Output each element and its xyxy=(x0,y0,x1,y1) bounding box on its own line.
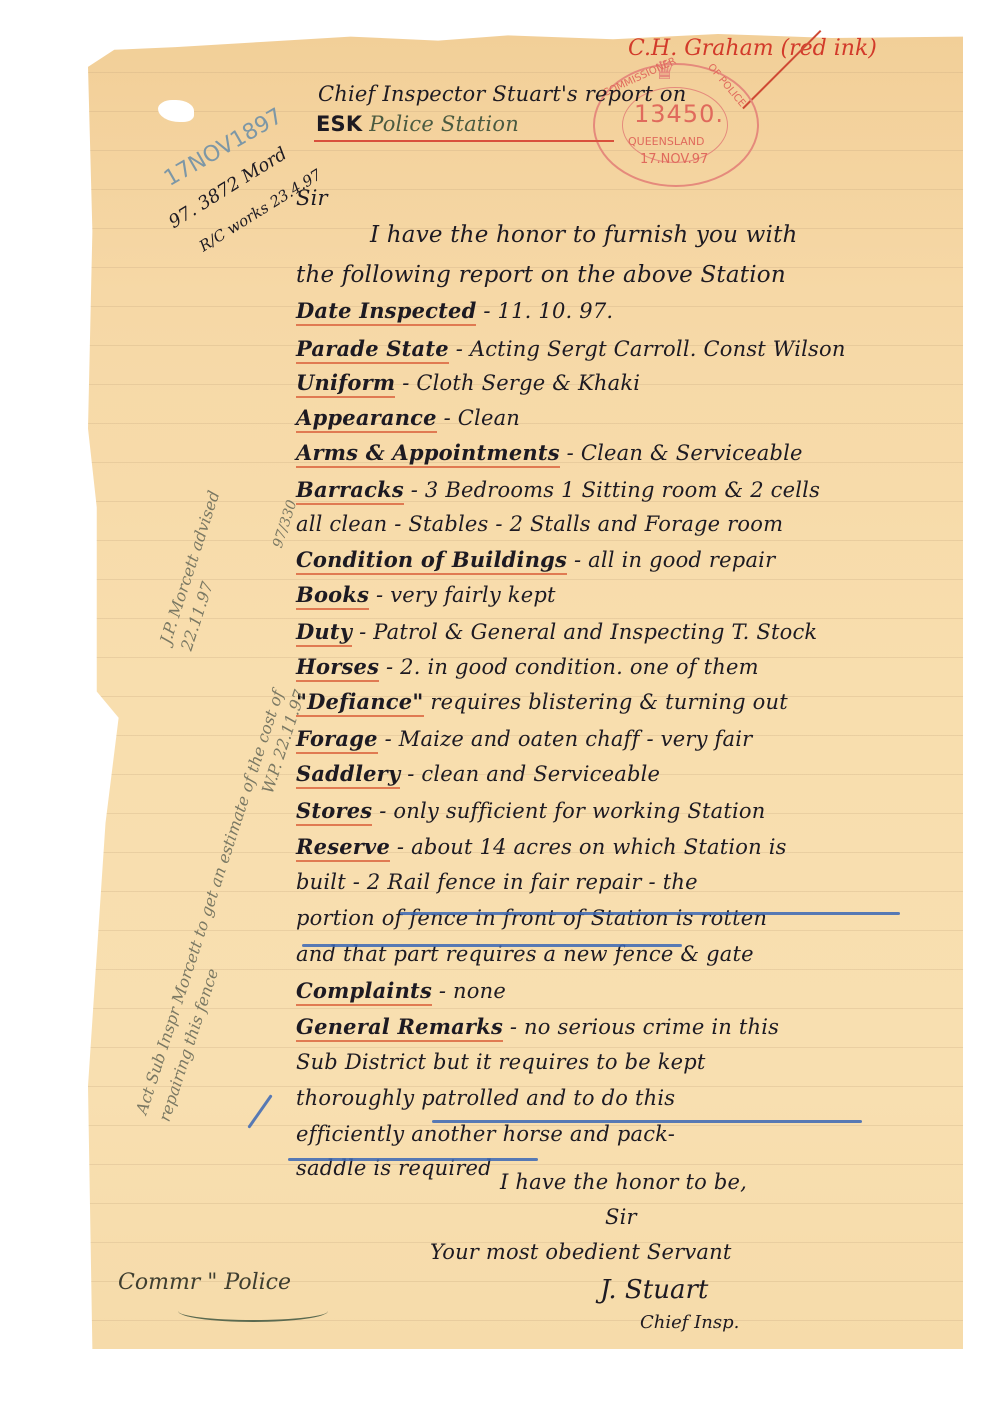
entry-text: - about 14 acres on which Station is xyxy=(397,835,787,859)
entry-heading: Condition of Buildings xyxy=(296,547,567,575)
entry-text: - all in good repair xyxy=(574,548,775,572)
entry-heading: Stores xyxy=(296,798,372,826)
blue-underline-1 xyxy=(400,912,900,915)
report-entry: Date Inspected - 11. 10. 97. xyxy=(296,298,613,323)
title-line-1: Chief Inspector Stuart's report on xyxy=(318,82,686,106)
entry-text: built - 2 Rail fence in fair repair - th… xyxy=(296,870,698,894)
closing-line-1: I have the honor to be, xyxy=(500,1170,747,1194)
report-entry: portion of fence in front of Station is … xyxy=(296,906,767,930)
report-entry: Complaints - none xyxy=(296,978,506,1003)
stamp-region: QUEENSLAND xyxy=(628,135,704,148)
entry-heading: Date Inspected xyxy=(296,298,476,326)
stamp-date: 17.NOV.97 xyxy=(640,152,708,167)
opening-line-1: I have the honor to furnish you with xyxy=(370,222,798,248)
entry-text: - very fairly kept xyxy=(376,583,556,607)
entry-heading: Uniform xyxy=(296,370,395,398)
signature-title: Chief Insp. xyxy=(640,1312,739,1333)
entry-text: - Clean xyxy=(444,406,520,430)
report-entry: Arms & Appointments - Clean & Serviceabl… xyxy=(296,440,803,465)
opening-line-2: the following report on the above Statio… xyxy=(296,262,786,288)
entry-text: Sub District but it requires to be kept xyxy=(296,1050,706,1074)
station-name: ESK xyxy=(316,112,362,136)
entry-heading: General Remarks xyxy=(296,1014,503,1042)
report-entry: Parade State - Acting Sergt Carroll. Con… xyxy=(296,336,846,361)
entry-text: - Cloth Serge & Khaki xyxy=(402,371,640,395)
entry-text: - Acting Sergt Carroll. Const Wilson xyxy=(456,337,846,361)
entry-text: all clean - Stables - 2 Stalls and Forag… xyxy=(296,512,783,536)
entry-heading: Parade State xyxy=(296,336,449,364)
report-entry: Forage - Maize and oaten chaff - very fa… xyxy=(296,726,752,751)
report-entry: Sub District but it requires to be kept xyxy=(296,1050,706,1074)
salutation: Sir xyxy=(296,186,328,210)
report-entry: thoroughly patrolled and to do this xyxy=(296,1086,675,1110)
entry-heading: Appearance xyxy=(296,405,437,433)
entry-text: - clean and Serviceable xyxy=(407,762,660,786)
addressee-flourish xyxy=(178,1300,328,1322)
entry-heading: Complaints xyxy=(296,978,432,1006)
entry-text: - 2. in good condition. one of them xyxy=(386,655,759,679)
entry-heading: Barracks xyxy=(296,477,404,505)
entry-text: - 11. 10. 97. xyxy=(483,299,613,323)
report-entry: Reserve - about 14 acres on which Statio… xyxy=(296,834,787,859)
report-entry: all clean - Stables - 2 Stalls and Forag… xyxy=(296,512,783,536)
entry-heading: Arms & Appointments xyxy=(296,440,560,468)
report-entry: General Remarks - no serious crime in th… xyxy=(296,1014,779,1039)
entry-text: portion of fence in front of Station is … xyxy=(296,906,767,930)
report-entry: Appearance - Clean xyxy=(296,405,520,430)
entry-heading: Saddlery xyxy=(296,761,400,789)
closing-line-3: Your most obedient Servant xyxy=(430,1240,732,1264)
addressee: Commr " Police xyxy=(118,1270,291,1295)
entry-text: - Clean & Serviceable xyxy=(567,441,803,465)
report-entry: Stores - only sufficient for working Sta… xyxy=(296,798,765,823)
closing-line-2: Sir xyxy=(605,1205,637,1229)
entry-text: - no serious crime in this xyxy=(510,1015,779,1039)
report-entry: built - 2 Rail fence in fair repair - th… xyxy=(296,870,698,894)
station-suffix: Police Station xyxy=(369,112,519,136)
entry-heading: Books xyxy=(296,582,369,610)
entry-heading: Forage xyxy=(296,726,378,754)
report-entry: Condition of Buildings - all in good rep… xyxy=(296,547,775,572)
entry-text: - only sufficient for working Station xyxy=(379,799,765,823)
entry-heading: Reserve xyxy=(296,834,390,862)
report-entry: efficiently another horse and pack- xyxy=(296,1122,675,1146)
report-entry: "Defiance" requires blistering & turning… xyxy=(296,689,788,714)
entry-text: - none xyxy=(439,979,506,1003)
title-line-2: ESK Police Station xyxy=(316,112,519,136)
report-entry: Duty - Patrol & General and Inspecting T… xyxy=(296,619,817,644)
report-entry: Saddlery - clean and Serviceable xyxy=(296,761,660,786)
entry-text: thoroughly patrolled and to do this xyxy=(296,1086,675,1110)
entry-text: - Patrol & General and Inspecting T. Sto… xyxy=(359,620,817,644)
entry-text: - 3 Bedrooms 1 Sitting room & 2 cells xyxy=(411,478,820,502)
report-entry: Books - very fairly kept xyxy=(296,582,556,607)
entry-heading: Duty xyxy=(296,619,352,647)
report-entry: Barracks - 3 Bedrooms 1 Sitting room & 2… xyxy=(296,477,820,502)
report-entry: Horses - 2. in good condition. one of th… xyxy=(296,654,759,679)
signature: J. Stuart xyxy=(600,1275,708,1305)
blue-underline-3 xyxy=(432,1120,862,1123)
report-entry: Uniform - Cloth Serge & Khaki xyxy=(296,370,640,395)
blue-underline-2 xyxy=(302,944,682,947)
title-underline xyxy=(314,140,614,142)
entry-text: - Maize and oaten chaff - very fair xyxy=(385,727,753,751)
entry-text: requires blistering & turning out xyxy=(430,690,787,714)
blue-underline-4 xyxy=(288,1158,538,1161)
entry-text: efficiently another horse and pack- xyxy=(296,1122,675,1146)
